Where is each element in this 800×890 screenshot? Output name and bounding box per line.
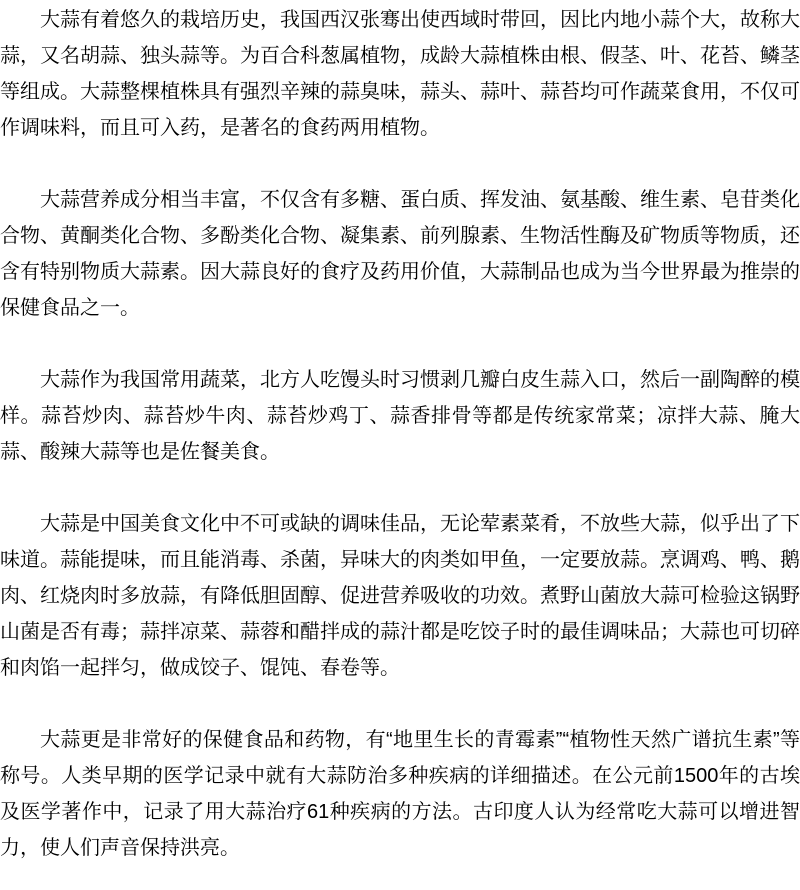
paragraph-garlic-as-vegetable: 大蒜作为我国常用蔬菜，北方人吃馒头时习惯剥几瓣白皮生蒜入口，然后一副陶醉的模样。… [0,362,800,470]
paragraph-garlic-in-cuisine: 大蒜是中国美食文化中不可或缺的调味佳品，无论荤素菜肴，不放些大蒜，似乎出了下味道… [0,506,800,686]
paragraph-garlic-medicinal: 大蒜更是非常好的保健食品和药物，有“地里生长的青霉素”“植物性天然广谱抗生素”等… [0,722,800,866]
document-page: 大蒜有着悠久的栽培历史，我国西汉张骞出使西域时带回，因比内地小蒜个大，故称大蒜，… [0,0,800,866]
paragraph-garlic-history: 大蒜有着悠久的栽培历史，我国西汉张骞出使西域时带回，因比内地小蒜个大，故称大蒜，… [0,2,800,146]
paragraph-garlic-nutrition: 大蒜营养成分相当丰富，不仅含有多糖、蛋白质、挥发油、氨基酸、维生素、皂苷类化合物… [0,182,800,326]
